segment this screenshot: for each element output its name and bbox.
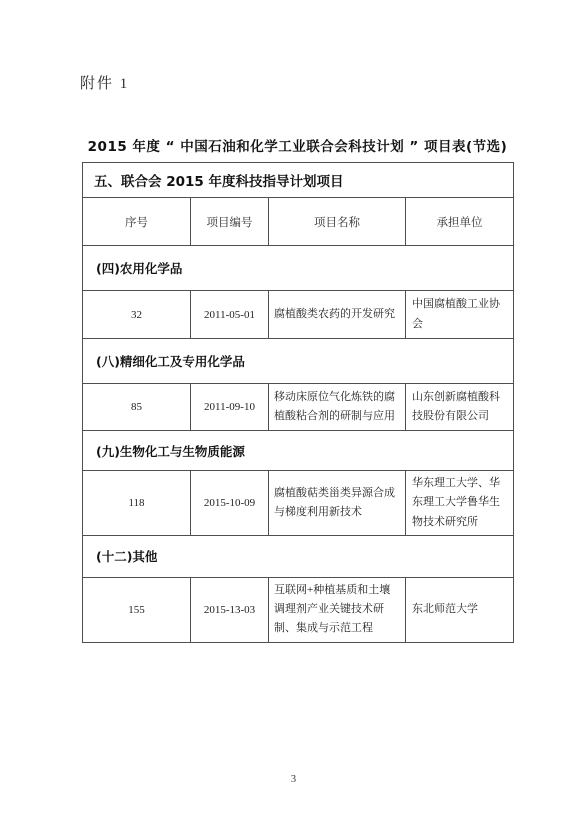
table-row: 118 2015-10-09 腐植酸萜类甾类异源合成与梯度利用新技术 华东理工大… xyxy=(83,471,514,536)
col-header-code: 项目编号 xyxy=(191,198,269,246)
cell-code: 2011-05-01 xyxy=(191,291,269,339)
page-number: 3 xyxy=(0,774,587,785)
cell-seq: 155 xyxy=(83,577,191,642)
cell-name: 腐植酸类农药的开发研究 xyxy=(269,291,406,339)
attachment-label: 附件 1 xyxy=(80,72,129,93)
col-header-seq: 序号 xyxy=(83,198,191,246)
cell-name: 互联网+种植基质和土壤调理剂产业关键技术研制、集成与示范工程 xyxy=(269,577,406,642)
section-row: (十二)其他 xyxy=(83,535,514,577)
cell-name: 腐植酸萜类甾类异源合成与梯度利用新技术 xyxy=(269,471,406,536)
section-label: (四)农用化学品 xyxy=(83,246,514,291)
table-row: 85 2011-09-10 移动床原位气化炼铁的腐植酸粘合剂的研制与应用 山东创… xyxy=(83,384,514,431)
document-title: 2015 年度 “ 中国石油和化学工业联合会科技计划 ” 项目表(节选) xyxy=(82,135,513,155)
table-row: 32 2011-05-01 腐植酸类农药的开发研究 中国腐植酸工业协会 xyxy=(83,291,514,339)
cell-seq: 32 xyxy=(83,291,191,339)
table-header: 五、联合会 2015 年度科技指导计划项目 xyxy=(83,163,514,198)
cell-org: 华东理工大学、华东理工大学鲁华生物技术研究所 xyxy=(406,471,514,536)
cell-org: 山东创新腐植酸科技股份有限公司 xyxy=(406,384,514,431)
cell-code: 2015-10-09 xyxy=(191,471,269,536)
col-header-org: 承担单位 xyxy=(406,198,514,246)
projects-table: 五、联合会 2015 年度科技指导计划项目 序号 项目编号 项目名称 承担单位 … xyxy=(82,162,514,643)
cell-org: 中国腐植酸工业协会 xyxy=(406,291,514,339)
cell-code: 2015-13-03 xyxy=(191,577,269,642)
section-label: (八)精细化工及专用化学品 xyxy=(83,339,514,384)
cell-seq: 118 xyxy=(83,471,191,536)
cell-seq: 85 xyxy=(83,384,191,431)
table-row: 155 2015-13-03 互联网+种植基质和土壤调理剂产业关键技术研制、集成… xyxy=(83,577,514,642)
cell-code: 2011-09-10 xyxy=(191,384,269,431)
section-label: (九)生物化工与生物质能源 xyxy=(83,431,514,471)
cell-name: 移动床原位气化炼铁的腐植酸粘合剂的研制与应用 xyxy=(269,384,406,431)
table-title-row: 五、联合会 2015 年度科技指导计划项目 xyxy=(83,163,514,198)
column-header-row: 序号 项目编号 项目名称 承担单位 xyxy=(83,198,514,246)
section-row: (四)农用化学品 xyxy=(83,246,514,291)
cell-org: 东北师范大学 xyxy=(406,577,514,642)
col-header-name: 项目名称 xyxy=(269,198,406,246)
section-row: (九)生物化工与生物质能源 xyxy=(83,431,514,471)
section-label: (十二)其他 xyxy=(83,535,514,577)
section-row: (八)精细化工及专用化学品 xyxy=(83,339,514,384)
